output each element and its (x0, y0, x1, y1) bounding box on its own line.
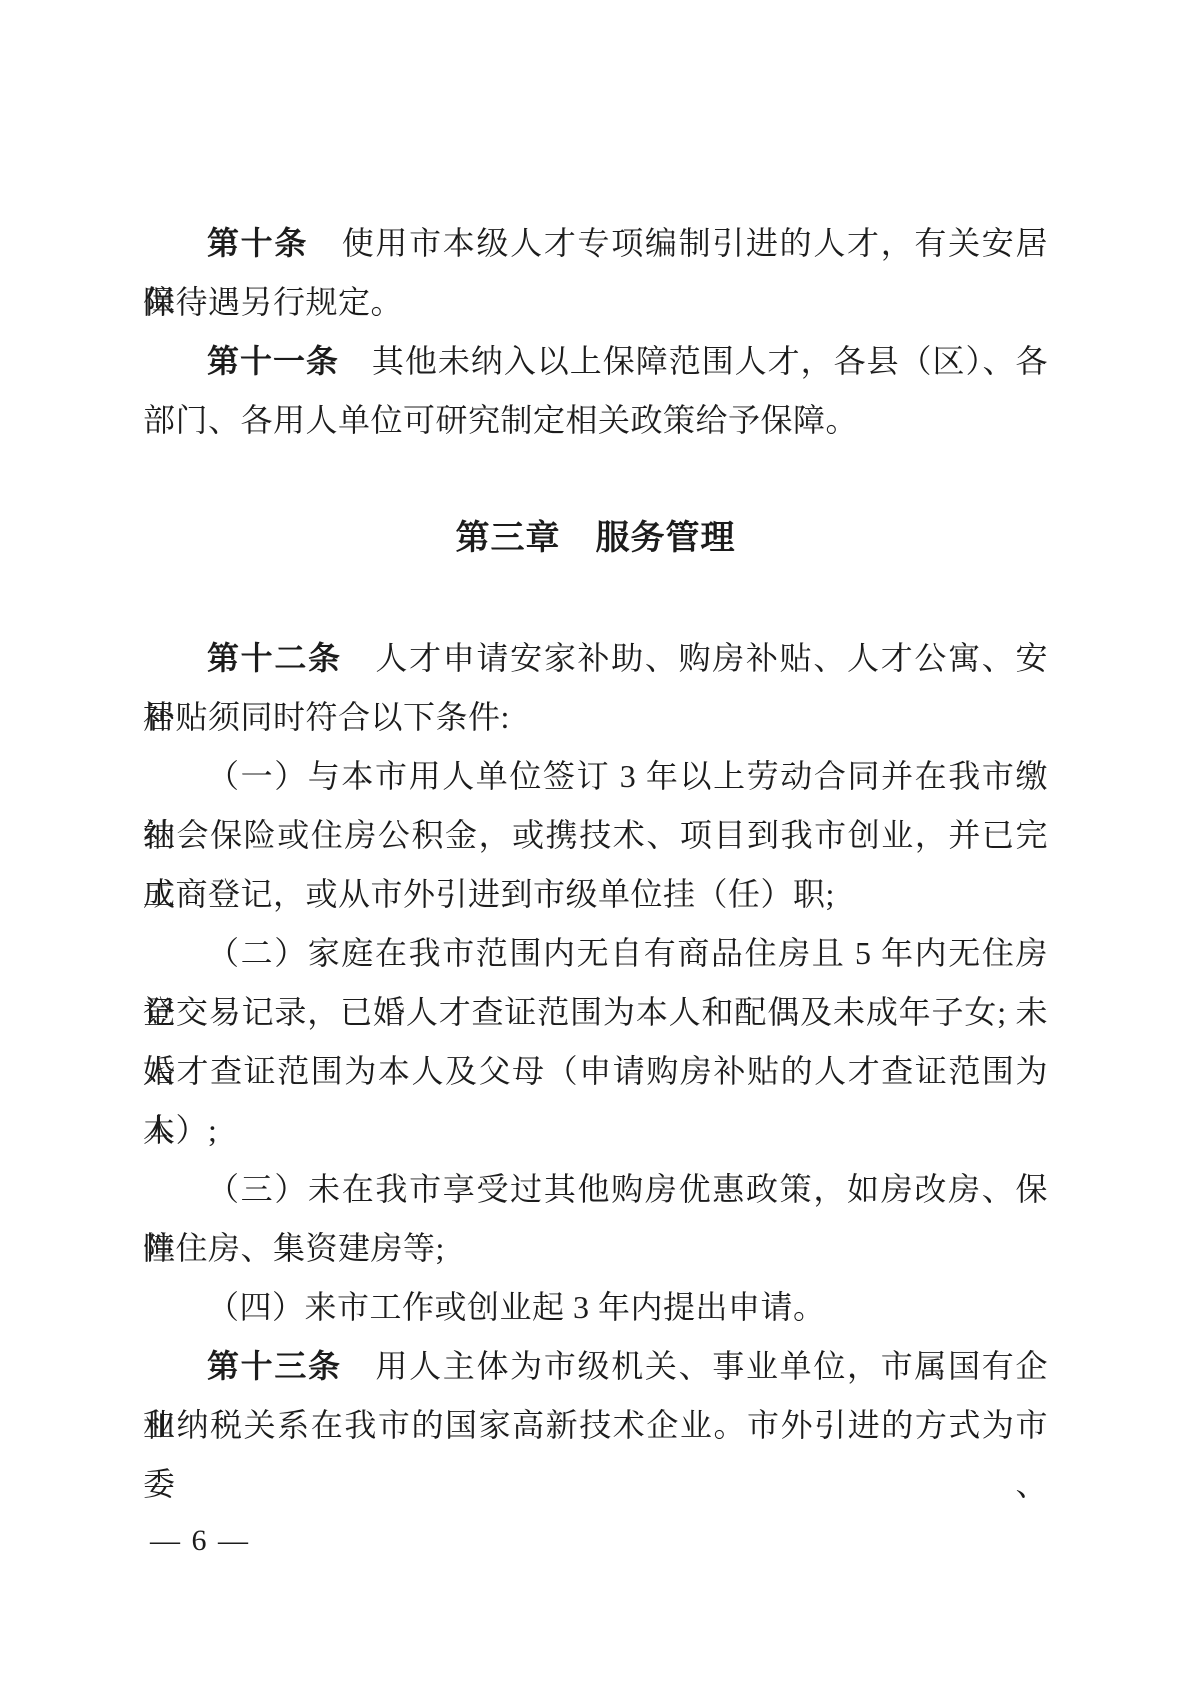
text-line: 记交易记录，已婚人才查证范围为本人和配偶及未成年子女; 未婚 (143, 983, 1048, 1042)
text-line: 和纳税关系在我市的国家高新技术企业。市外引进的方式为市委、 (143, 1396, 1048, 1455)
line-text: 补贴须同时符合以下条件: (143, 699, 510, 735)
text-line: （四）来市工作或创业起 3 年内提出申请。 (143, 1278, 1048, 1337)
article-number: 第十一条 (207, 343, 339, 379)
document-body: 第十条 使用市本级人才专项编制引进的人才，有关安居保 障待遇另行规定。 第十一条… (143, 214, 1048, 1455)
text-line: 部门、各用人单位可研究制定相关政策给予保障。 (143, 391, 1048, 450)
line-text: （四）来市工作或创业起 3 年内提出申请。 (207, 1289, 826, 1325)
text-line: 人才查证范围为本人及父母（申请购房补贴的人才查证范围为本 (143, 1042, 1048, 1101)
text-line: 第十三条 用人主体为市级机关、事业单位，市属国有企业 (143, 1337, 1048, 1396)
text-line: 社会保险或住房公积金，或携技术、项目到我市创业，并已完成 (143, 806, 1048, 865)
line-text: 工商登记，或从市外引进到市级单位挂（任）职; (143, 876, 835, 912)
text-line: 人）; (143, 1101, 1048, 1160)
chapter-heading: 第三章 服务管理 (143, 509, 1048, 568)
text-line: 第十二条 人才申请安家补助、购房补贴、人才公寓、安居 (143, 629, 1048, 688)
text-line: 补贴须同时符合以下条件: (143, 688, 1048, 747)
line-text: 和纳税关系在我市的国家高新技术企业。市外引进的方式为市委、 (143, 1407, 1048, 1502)
text-line: 第十一条 其他未纳入以上保障范围人才，各县（区）、各 (143, 332, 1048, 391)
line-text: 障待遇另行规定。 (143, 284, 403, 320)
article-number: 第十条 (207, 225, 308, 261)
text-line: 障待遇另行规定。 (143, 273, 1048, 332)
line-text: 人）; (143, 1112, 217, 1148)
text-line: 工商登记，或从市外引进到市级单位挂（任）职; (143, 865, 1048, 924)
text-line: （三）未在我市享受过其他购房优惠政策，如房改房、保障 (143, 1160, 1048, 1219)
text-line: 第十条 使用市本级人才专项编制引进的人才，有关安居保 (143, 214, 1048, 273)
text-line: 性住房、集资建房等; (143, 1219, 1048, 1278)
text-line: （一）与本市用人单位签订 3 年以上劳动合同并在我市缴纳 (143, 747, 1048, 806)
article-number: 第十二条 (207, 640, 342, 676)
page-number: — 6 — (150, 1518, 250, 1564)
text-line: （二）家庭在我市范围内无自有商品住房且 5 年内无住房登 (143, 924, 1048, 983)
article-number: 第十三条 (207, 1348, 342, 1384)
document-page: 第十条 使用市本级人才专项编制引进的人才，有关安居保 障待遇另行规定。 第十一条… (0, 0, 1191, 1684)
line-text: 部门、各用人单位可研究制定相关政策给予保障。 (143, 402, 858, 438)
line-text: 性住房、集资建房等; (143, 1230, 445, 1266)
line-text: 其他未纳入以上保障范围人才，各县（区）、各 (339, 343, 1048, 379)
